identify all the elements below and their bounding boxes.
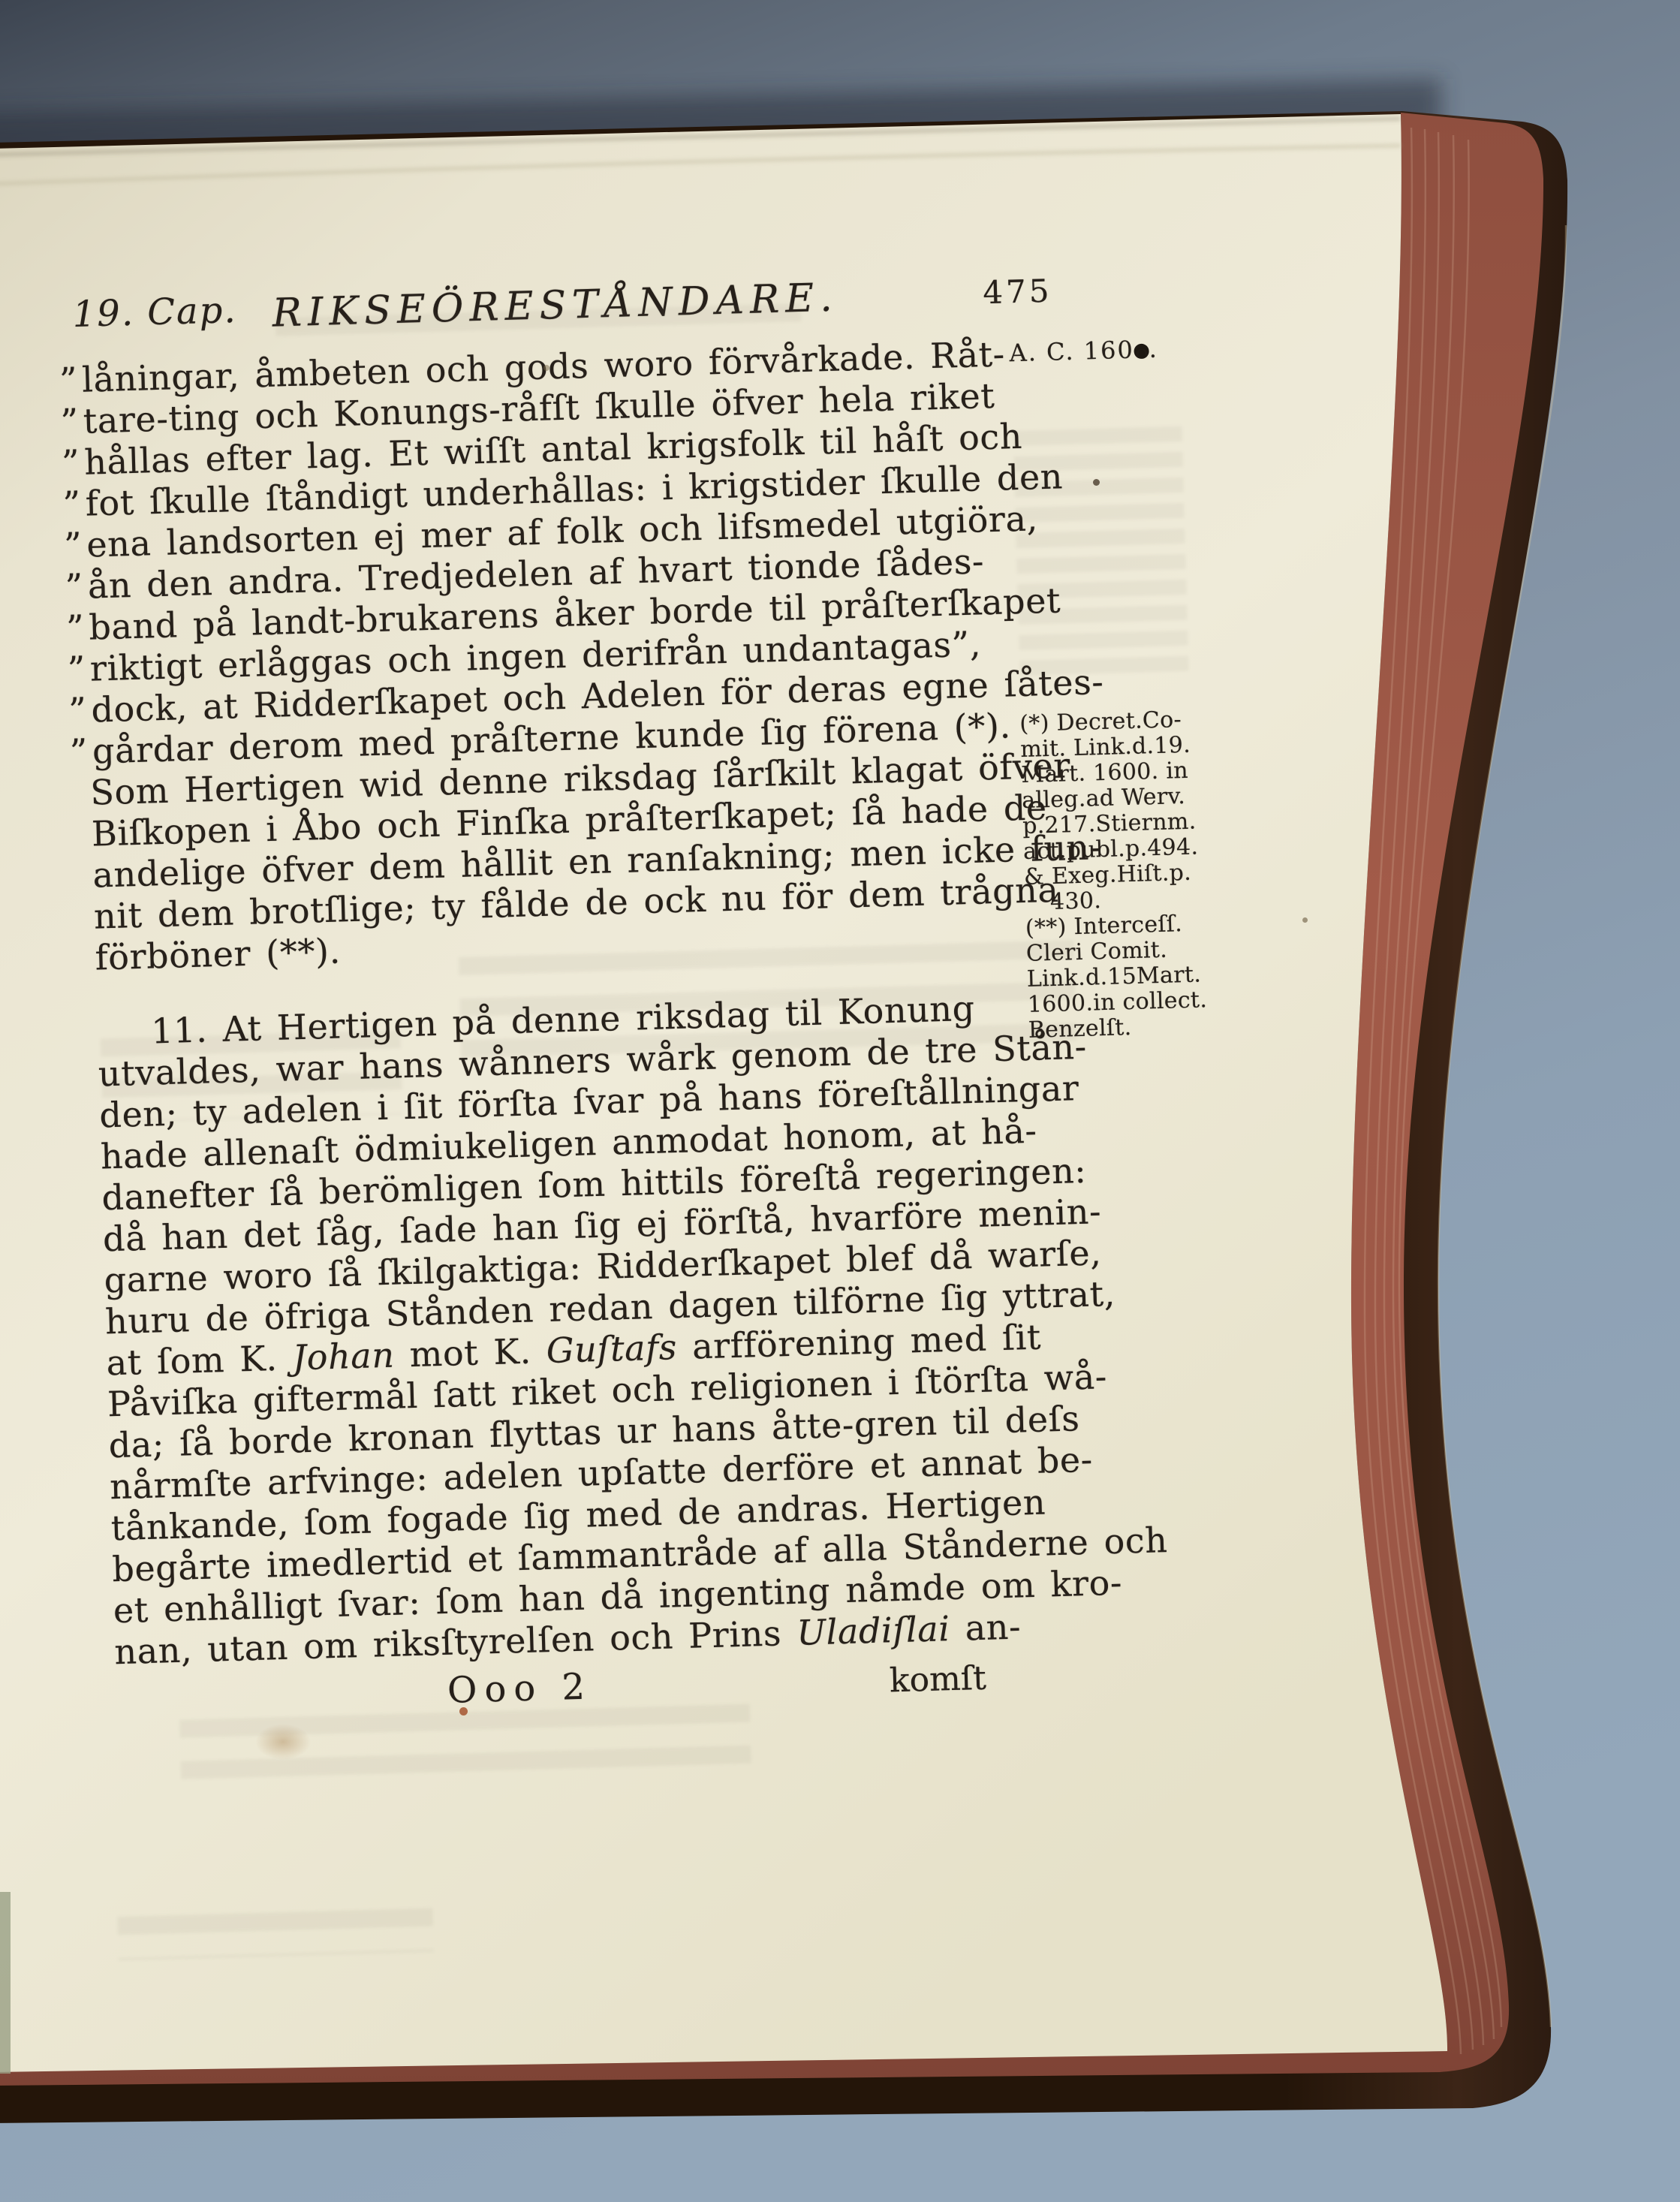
gathering-signature: Ooo 2 xyxy=(447,1665,592,1711)
chapter-label: 19. Cap. xyxy=(72,289,237,336)
showthrough-ghost xyxy=(117,1908,433,1961)
anno-domini-note: A. C. 1600. xyxy=(1009,335,1158,368)
italic-word: Johan xyxy=(292,1335,395,1378)
quote-mark: ” xyxy=(69,731,89,773)
page-number: 475 xyxy=(983,273,1053,312)
margin-note-line: Mart. 1600. in xyxy=(1021,758,1217,788)
quote-mark: ” xyxy=(59,360,78,401)
quote-mark: ” xyxy=(64,525,83,566)
anno-text: A. C. 160 xyxy=(1009,336,1134,368)
quote-mark: ” xyxy=(67,649,86,690)
gutter-sliver xyxy=(0,1892,11,2074)
quote-mark: ” xyxy=(68,690,88,731)
quote-mark: ” xyxy=(61,442,80,483)
running-title: RIKSEÖRESTÅNDARE. xyxy=(272,276,838,336)
quote-mark: ” xyxy=(66,607,86,649)
margin-note-line: Benzelſt. xyxy=(1028,1013,1224,1044)
margin-note-line: & Exeg.Hiſt.p. xyxy=(1024,860,1220,890)
showthrough-ghost xyxy=(179,1704,751,1785)
book-photograph: 19. Cap. RIKSEÖRESTÅNDARE. 475 ”låningar… xyxy=(0,0,1680,2202)
italic-word: Uladiſlai xyxy=(796,1608,950,1653)
italic-word: Guſtafs xyxy=(546,1327,678,1371)
quote-mark: ” xyxy=(62,483,82,525)
printed-page: 19. Cap. RIKSEÖRESTÅNDARE. 475 ”låningar… xyxy=(45,102,1270,2086)
anno-period: . xyxy=(1149,335,1158,363)
quote-mark: ” xyxy=(60,401,80,442)
catchword: komſt xyxy=(889,1659,986,1700)
margin-note-line: 1600.in collect. xyxy=(1027,987,1223,1018)
margin-citations: (*) Decret.Co-mit. Link.d.19.Mart. 1600.… xyxy=(1019,706,1224,1044)
ink-blot: 0 xyxy=(1134,344,1149,359)
body-text: ”låningar, åmbeten och gods woro förvårk… xyxy=(59,333,1085,1673)
quote-mark: ” xyxy=(65,566,84,607)
